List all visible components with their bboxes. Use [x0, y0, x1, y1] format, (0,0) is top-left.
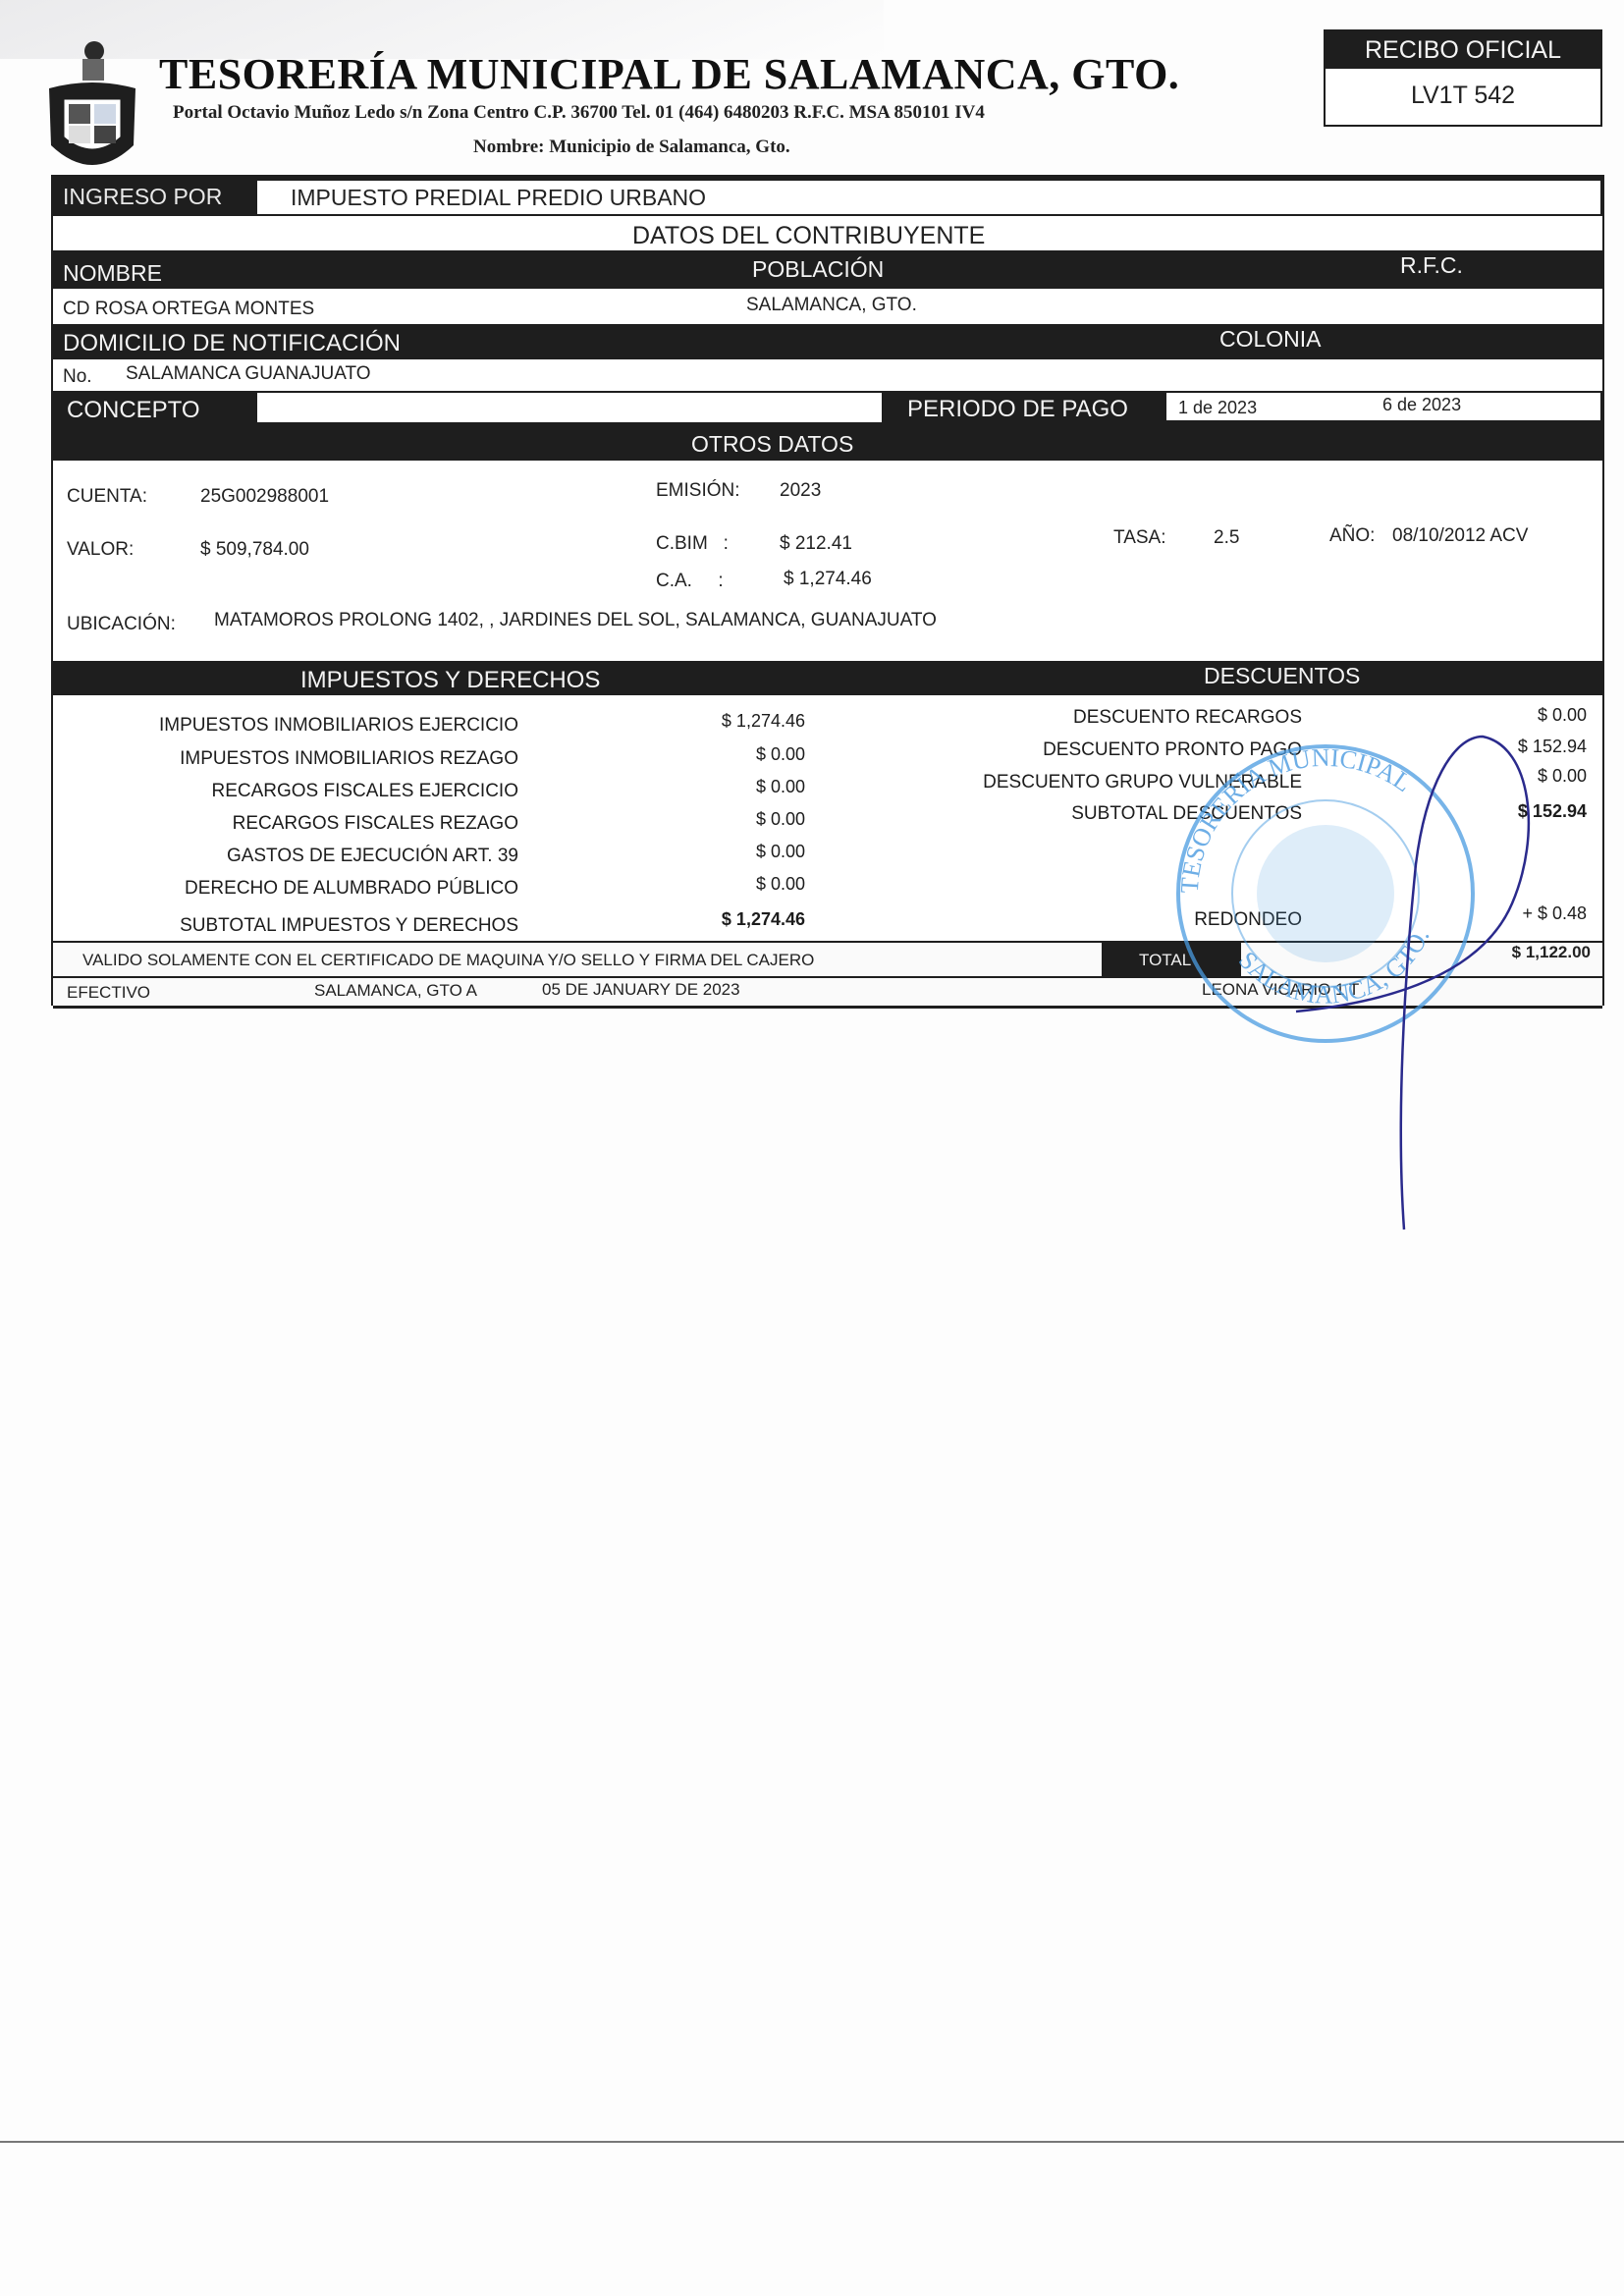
- impuestos-table: IMPUESTOS INMOBILIARIOS EJERCICIO$ 1,274…: [53, 695, 1602, 962]
- nombre-value: CD ROSA ORTEGA MONTES: [63, 299, 314, 320]
- colonia-label: COLONIA: [1219, 326, 1322, 353]
- periodo-field: 1 de 2023 6 de 2023: [1166, 393, 1600, 420]
- anio-value: 08/10/2012 ACV: [1392, 525, 1528, 547]
- ca-value: $ 1,274.46: [784, 569, 872, 590]
- recibo-label: RECIBO OFICIAL: [1326, 31, 1600, 69]
- concepto-field: [257, 393, 882, 422]
- descuentos-subtotal-label: SUBTOTAL DESCUENTOS: [1071, 803, 1302, 825]
- impuesto-label: IMPUESTOS INMOBILIARIOS REZAGO: [180, 748, 518, 770]
- descuento-label: DESCUENTO PRONTO PAGO: [1043, 739, 1302, 761]
- periodo-label: PERIODO DE PAGO: [907, 396, 1128, 423]
- otros-datos-title: OTROS DATOS: [691, 431, 853, 458]
- ca-label: C.A. :: [656, 571, 724, 592]
- total-amount: $ 1,122.00: [1512, 943, 1591, 962]
- concepto-row: CONCEPTO PERIODO DE PAGO 1 de 2023 6 de …: [53, 391, 1602, 426]
- page-edge-line: [0, 2141, 1624, 2143]
- otros-datos-content: CUENTA: 25G002988001 EMISIÓN: 2023 VALOR…: [53, 461, 1602, 661]
- impuesto-label: IMPUESTOS INMOBILIARIOS EJERCICIO: [159, 715, 518, 737]
- total-label-box: TOTAL: [1102, 943, 1241, 976]
- descuento-amount: $ 0.00: [1538, 705, 1587, 726]
- descuentos-subtotal-amount: $ 152.94: [1518, 801, 1587, 822]
- recibo-oficial-box: RECIBO OFICIAL LV1T 542: [1324, 29, 1602, 127]
- impuesto-label: RECARGOS FISCALES EJERCICIO: [211, 781, 518, 802]
- impuesto-amount: $ 0.00: [756, 744, 805, 765]
- domicilio-value: SALAMANCA GUANAJUATO: [126, 363, 371, 385]
- impuestos-subtotal-amount: $ 1,274.46: [722, 909, 805, 930]
- receipt-form: INGRESO POR IMPUESTO PREDIAL PREDIO URBA…: [51, 175, 1604, 1006]
- impuesto-amount: $ 1,274.46: [722, 711, 805, 732]
- redondeo-label: REDONDEO: [1194, 909, 1302, 931]
- municipality-name: Nombre: Municipio de Salamanca, Gto.: [473, 137, 790, 158]
- nombre-value-row: CD ROSA ORTEGA MONTES SALAMANCA, GTO.: [53, 289, 1602, 324]
- valido-text: VALIDO SOLAMENTE CON EL CERTIFICADO DE M…: [82, 951, 814, 970]
- descuentos-title: DESCUENTOS: [1204, 663, 1360, 689]
- rfc-label: R.F.C.: [1400, 252, 1463, 279]
- total-row: VALIDO SOLAMENTE CON EL CERTIFICADO DE M…: [53, 943, 1602, 976]
- recibo-number: LV1T 542: [1326, 69, 1600, 123]
- impuestos-title: IMPUESTOS Y DERECHOS: [300, 667, 600, 694]
- impuesto-amount: $ 0.00: [756, 842, 805, 862]
- descuento-label: DESCUENTO GRUPO VULNERABLE: [983, 772, 1302, 793]
- impuesto-amount: $ 0.00: [756, 874, 805, 895]
- forma-pago: EFECTIVO: [67, 983, 150, 1003]
- poblacion-value: SALAMANCA, GTO.: [746, 295, 917, 316]
- poblacion-label: POBLACIÓN: [752, 256, 884, 283]
- descuento-amount: $ 152.94: [1518, 737, 1587, 757]
- contribuyente-heading-row: DATOS DEL CONTRIBUYENTE: [53, 216, 1602, 250]
- no-label: No.: [63, 366, 92, 388]
- domicilio-value-row: No. SALAMANCA GUANAJUATO: [53, 359, 1602, 391]
- nombre-header-row: NOMBRE POBLACIÓN R.F.C.: [53, 250, 1602, 289]
- descuento-label: DESCUENTO RECARGOS: [1073, 707, 1302, 729]
- contribuyente-heading: DATOS DEL CONTRIBUYENTE: [632, 222, 985, 250]
- otros-datos-header: OTROS DATOS: [53, 426, 1602, 461]
- emision-label: EMISIÓN:: [656, 480, 740, 502]
- periodo-hasta: 6 de 2023: [1382, 395, 1461, 415]
- domicilio-label: DOMICILIO DE NOTIFICACIÓN: [63, 330, 401, 357]
- ubicacion-label: UBICACIÓN:: [67, 614, 176, 635]
- total-label: TOTAL: [1139, 951, 1191, 970]
- ingreso-field: IMPUESTO PREDIAL PREDIO URBANO: [257, 181, 1600, 214]
- coat-of-arms-icon: [43, 37, 141, 185]
- nombre-label: NOMBRE: [63, 260, 162, 287]
- impuesto-label: GASTOS DE EJECUCIÓN ART. 39: [227, 846, 518, 867]
- impuesto-amount: $ 0.00: [756, 809, 805, 830]
- cajero: LEONA VICARIO 1 T: [1202, 980, 1359, 1000]
- ingreso-label: INGRESO POR: [63, 184, 222, 210]
- fecha: 05 DE JANUARY DE 2023: [542, 980, 740, 1000]
- tasa-value: 2.5: [1214, 527, 1239, 549]
- periodo-desde: 1 de 2023: [1178, 398, 1257, 418]
- concepto-label: CONCEPTO: [67, 397, 200, 424]
- lugar: SALAMANCA, GTO A: [314, 981, 477, 1001]
- impuesto-label: RECARGOS FISCALES REZAGO: [233, 813, 518, 835]
- impuesto-amount: $ 0.00: [756, 777, 805, 797]
- redondeo-amount: + $ 0.48: [1522, 903, 1587, 924]
- cuenta-label: CUENTA:: [67, 486, 147, 508]
- valor-label: VALOR:: [67, 539, 134, 561]
- tasa-label: TASA:: [1113, 527, 1166, 549]
- payment-row: EFECTIVO SALAMANCA, GTO A 05 DE JANUARY …: [53, 978, 1602, 1009]
- page-title: TESORERÍA MUNICIPAL DE SALAMANCA, GTO.: [159, 49, 1179, 99]
- ingreso-row: INGRESO POR IMPUESTO PREDIAL PREDIO URBA…: [53, 177, 1602, 216]
- cuenta-value: 25G002988001: [200, 486, 329, 508]
- office-address: Portal Octavio Muñoz Ledo s/n Zona Centr…: [173, 102, 985, 124]
- domicilio-header-row: DOMICILIO DE NOTIFICACIÓN COLONIA: [53, 324, 1602, 359]
- impuesto-label: DERECHO DE ALUMBRADO PÚBLICO: [185, 878, 518, 900]
- impuestos-descuentos-header: IMPUESTOS Y DERECHOS DESCUENTOS: [53, 661, 1602, 695]
- ubicacion-value: MATAMOROS PROLONG 1402, , JARDINES DEL S…: [214, 610, 937, 631]
- anio-label: AÑO:: [1329, 525, 1375, 547]
- cbim-label: C.BIM :: [656, 533, 729, 555]
- descuento-amount: $ 0.00: [1538, 766, 1587, 787]
- ingreso-value: IMPUESTO PREDIAL PREDIO URBANO: [291, 185, 706, 211]
- valor-value: $ 509,784.00: [200, 539, 309, 561]
- impuestos-subtotal-label: SUBTOTAL IMPUESTOS Y DERECHOS: [180, 915, 518, 937]
- cbim-value: $ 212.41: [780, 533, 852, 555]
- emision-value: 2023: [780, 480, 821, 502]
